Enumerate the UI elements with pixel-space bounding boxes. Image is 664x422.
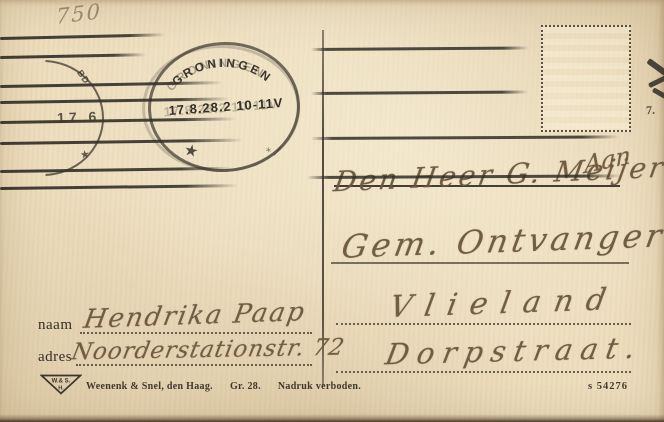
stamp-box — [541, 25, 631, 132]
address-label: adres — [38, 349, 72, 366]
edge-postmark-number: 7. — [646, 103, 656, 118]
publisher-imprint: Weenenk & Snel, den Haag. Gr. 28. Nadruk… — [86, 381, 361, 392]
publisher-logo-top-text: W.& S. — [52, 379, 71, 385]
address-line-3: Vlieland — [387, 282, 622, 325]
dotted-line — [336, 323, 631, 325]
postmark-city: GRONINGEN — [169, 56, 275, 89]
publisher-notice: Nadruk verboden. — [278, 381, 361, 392]
card-number: s 54276 — [588, 381, 628, 392]
publisher-name: Weenenk & Snel, den Haag. — [86, 381, 213, 392]
cancel-line — [0, 53, 146, 59]
cancel-line — [311, 135, 619, 140]
publisher-series: Gr. 28. — [230, 381, 261, 392]
postmark-partial-star-icon: ★ — [79, 147, 91, 161]
publisher-logo: W.& S. H. — [40, 374, 82, 395]
cancel-line — [311, 46, 529, 51]
postcard-scan: 750 GRONINGEN GRONINGEN 17.8.28.2 10-11V… — [0, 0, 664, 422]
postmark-groningen: GRONINGEN GRONINGEN 17.8.28.2 10-11V ★ ⁎… — [148, 42, 300, 172]
name-value: Hendrika Paap — [81, 297, 308, 335]
postmark-partial-date: 17 6 — [57, 108, 101, 125]
cancel-line — [0, 184, 238, 190]
cancel-line — [0, 33, 165, 40]
svg-text:GRONINGEN: GRONINGEN — [169, 56, 275, 89]
pencil-note: 750 — [56, 0, 102, 29]
publisher-logo-bottom-text: H. — [58, 386, 64, 392]
divider-line — [322, 30, 324, 386]
cancel-line — [311, 90, 528, 95]
dotted-line — [336, 371, 631, 373]
address-line-4: Dorpstraat. — [383, 331, 646, 372]
address-line-2: Gem. Ontvanger — [339, 216, 664, 266]
postmark-small-star-icon: ⁎ — [265, 142, 272, 156]
name-label: naam — [38, 317, 72, 334]
address-value: Noorderstationstr. 72 — [69, 335, 347, 366]
